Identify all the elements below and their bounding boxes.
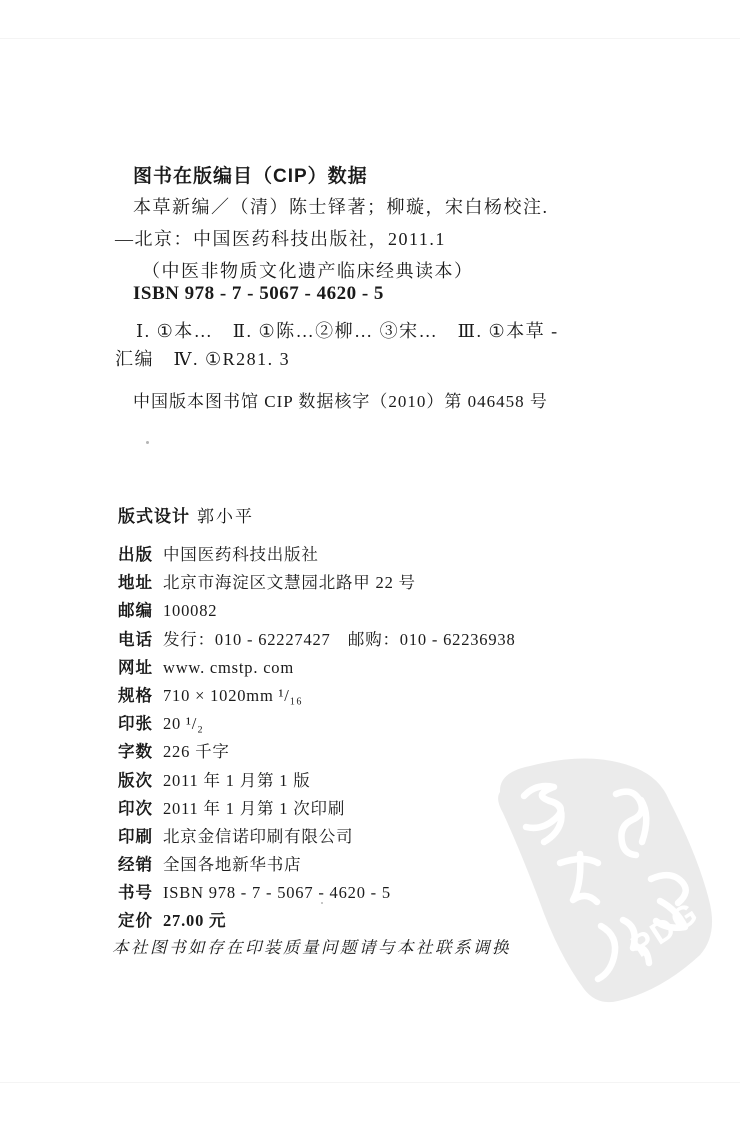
colophon-value: www. cmstp. com xyxy=(163,658,294,678)
quality-exchange-note: 本社图书如存在印装质量问题请与本社联系调换 xyxy=(112,934,511,958)
cip-isbn-line: ISBN 978 - 7 - 5067 - 4620 - 5 xyxy=(133,283,384,305)
colophon-label: 印张 xyxy=(118,710,163,734)
watermark-seal-glyphs xyxy=(524,786,686,979)
colophon-row-wordcount: 字数 226 千字 xyxy=(118,738,230,762)
colophon-row-postcode: 邮编 100082 xyxy=(118,597,217,621)
scan-artifact-line-bottom xyxy=(0,1082,740,1083)
colophon-value: 2011 年 1 月第 1 次印刷 xyxy=(163,795,345,819)
watermark-blob xyxy=(498,758,712,1002)
design-credit-label: 版式设计 xyxy=(118,502,197,527)
colophon-label: 出版 xyxy=(118,541,163,565)
scan-speck xyxy=(146,441,149,444)
colophon-value: 北京市海淀区文慧园北路甲 22 号 xyxy=(163,569,416,593)
colophon-label: 印刷 xyxy=(118,823,163,847)
colophon-label: 定价 xyxy=(118,907,163,931)
colophon-label: 地址 xyxy=(118,569,163,593)
colophon-value: 北京金信诺印刷有限公司 xyxy=(163,823,353,847)
colophon-value: ISBN 978 - 7 - 5067 - 4620 - 5 xyxy=(163,883,391,903)
colophon-row-distributor: 经销 全国各地新华书店 xyxy=(118,851,301,875)
colophon-label: 字数 xyxy=(118,738,163,762)
colophon-row-isbn: 书号 ISBN 978 - 7 - 5067 - 4620 - 5 xyxy=(118,879,391,903)
colophon-value: 226 千字 xyxy=(163,738,230,762)
colophon-label: 印次 xyxy=(118,795,163,819)
scan-artifact-line-top xyxy=(0,38,740,39)
cip-heading: 图书在版编目（CIP）数据 xyxy=(133,161,368,188)
cip-title-author-line: 本草新编／（清）陈士铎著；柳璇，宋白杨校注. xyxy=(133,193,549,219)
colophon-row-website: 网址 www. cmstp. com xyxy=(118,654,294,678)
colophon-value: 发行：010 - 62227427 邮购：010 - 62236938 xyxy=(163,626,516,650)
cip-classification-line-1: Ⅰ. ①本… Ⅱ. ①陈…②柳… ③宋… Ⅲ. ①本草 - xyxy=(136,317,559,343)
watermark-pdg-label: PDG xyxy=(625,895,705,964)
cip-classification-line-2: 汇编 Ⅳ. ①R281. 3 xyxy=(115,345,290,371)
cip-publisher-line: —北京：中国医药科技出版社，2011.1 xyxy=(115,225,446,251)
colophon-row-format: 规格 710 × 1020mm ¹/₁₆ xyxy=(118,682,303,706)
colophon-value: 中国医药科技出版社 xyxy=(163,541,319,565)
design-credit-value: 郭小平 xyxy=(197,502,254,527)
colophon-row-edition: 版次 2011 年 1 月第 1 版 xyxy=(118,767,311,791)
book-copyright-page: PDG 图书在版编目（CIP）数据 本草新编／（清）陈士铎著；柳璇，宋白杨校注.… xyxy=(0,0,740,1122)
colophon-row-publisher: 出版 中国医药科技出版社 xyxy=(118,541,319,565)
cip-series-line: （中医非物质文化遗产临床经典读本） xyxy=(142,257,474,283)
pdg-watermark-stamp: PDG xyxy=(462,738,740,1030)
colophon-row-printing: 印次 2011 年 1 月第 1 次印刷 xyxy=(118,795,345,819)
colophon-label: 网址 xyxy=(118,654,163,678)
colophon-label: 电话 xyxy=(118,626,163,650)
colophon-label: 书号 xyxy=(118,879,163,903)
colophon-value: 27.00 元 xyxy=(163,907,226,931)
colophon-row-price: 定价 27.00 元 xyxy=(118,907,226,931)
colophon-label: 邮编 xyxy=(118,597,163,621)
colophon-value: 2011 年 1 月第 1 版 xyxy=(163,767,311,791)
colophon-value: 全国各地新华书店 xyxy=(163,851,301,875)
colophon-row-printer: 印刷 北京金信诺印刷有限公司 xyxy=(118,823,353,847)
colophon-value: 710 × 1020mm ¹/₁₆ xyxy=(163,686,303,706)
colophon-value: 20 ¹/₂ xyxy=(163,714,204,734)
colophon-label: 版次 xyxy=(118,767,163,791)
colophon-value: 100082 xyxy=(163,601,217,621)
cip-record-number-line: 中国版本图书馆 CIP 数据核字（2010）第 046458 号 xyxy=(133,387,548,412)
colophon-label: 规格 xyxy=(118,682,163,706)
colophon-row-address: 地址 北京市海淀区文慧园北路甲 22 号 xyxy=(118,569,416,593)
design-credit-row: 版式设计 郭小平 xyxy=(118,502,254,527)
colophon-row-sheets: 印张 20 ¹/₂ xyxy=(118,710,204,734)
colophon-row-phone: 电话 发行：010 - 62227427 邮购：010 - 62236938 xyxy=(118,626,516,650)
colophon-label: 经销 xyxy=(118,851,163,875)
